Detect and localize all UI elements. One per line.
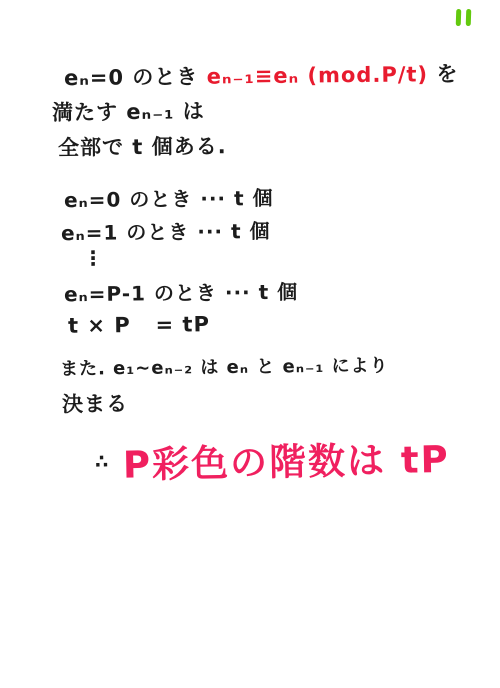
note-line: 決まる (62, 388, 128, 419)
text-segment: eₙ=0 のとき (64, 65, 207, 90)
text-segment: t × P = tP (68, 312, 210, 337)
note-line: eₙ=0 のとき eₙ₋₁≡eₙ (mod.P/t) を (64, 58, 459, 92)
note-line: eₙ=P-1 のとき ··· t 個 (64, 276, 298, 307)
text-segment: eₙ₋₁≡eₙ (mod.P/t) (207, 62, 429, 88)
text-segment: eₙ=0 のとき ··· t 個 (64, 186, 274, 212)
note-line: ∴ P彩色の階数は tP (95, 429, 451, 489)
text-segment: また. e₁~eₙ₋₂ は eₙ と eₙ₋₁ により (60, 355, 389, 379)
text-segment: ⋮ (83, 246, 104, 270)
text-segment: 決まる (62, 392, 128, 417)
text-segment: 全部で t 個ある. (58, 134, 227, 160)
tick-stroke (466, 9, 472, 26)
text-segment: eₙ=1 のとき ··· t 個 (61, 219, 271, 245)
note-line: また. e₁~eₙ₋₂ は eₙ と eₙ₋₁ により (60, 351, 389, 380)
text-segment: を (428, 62, 459, 86)
notebook-page: eₙ=0 のとき eₙ₋₁≡eₙ (mod.P/t) を満たす eₙ₋₁ は全部… (0, 0, 500, 688)
note-line: 全部で t 個ある. (58, 130, 227, 162)
text-segment: eₙ=P-1 のとき ··· t 個 (64, 280, 298, 306)
text-segment: P彩色の階数は tP (123, 438, 451, 487)
text-segment: ∴ (95, 451, 123, 473)
note-line: ⋮ (83, 246, 104, 270)
green-tick-mark (454, 9, 476, 29)
text-segment: 満たす eₙ₋₁ は (52, 99, 205, 125)
note-line: t × P = tP (68, 312, 210, 337)
note-line: eₙ=0 のとき ··· t 個 (64, 182, 274, 213)
tick-stroke (456, 9, 462, 26)
note-line: eₙ=1 のとき ··· t 個 (61, 215, 271, 246)
note-line: 満たす eₙ₋₁ は (52, 95, 205, 127)
